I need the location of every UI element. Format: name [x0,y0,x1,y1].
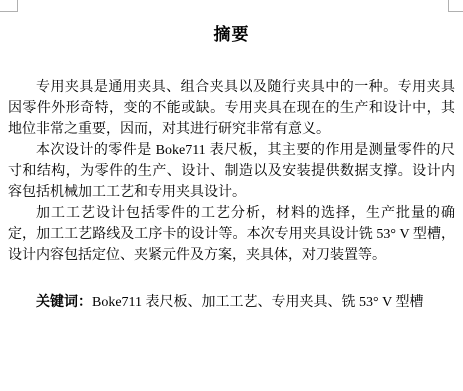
text-boundary-mark-top-left-vertical [17,0,18,12]
abstract-paragraph-2: 本次设计的零件是 Boke711 表尺板，其主要的作用是测量零件的尺寸和结构，为… [8,140,455,203]
document-page: 摘要 专用夹具是通用夹具、组合夹具以及随行夹具中的一种。专用夹具因零件外形奇特，… [0,0,463,391]
keywords-text: Boke711 表尺板、加工工艺、专用夹具、铣 53° V 型槽 [92,295,424,310]
abstract-paragraph-3: 加工工艺设计包括零件的工艺分析，材料的选择，生产批量的确定，加工工艺路线及工序卡… [8,203,455,266]
keywords-line: 关键词：Boke711 表尺板、加工工艺、专用夹具、铣 53° V 型槽 [8,292,455,313]
text-boundary-mark-top-left-horizontal [0,11,17,12]
keywords-label: 关键词： [36,295,92,310]
text-boundary-mark-top-right-horizontal [448,11,463,12]
abstract-title: 摘要 [0,0,463,44]
abstract-body: 专用夹具是通用夹具、组合夹具以及随行夹具中的一种。专用夹具因零件外形奇特，变的不… [8,77,455,313]
text-boundary-mark-top-right-vertical [448,0,449,12]
abstract-paragraph-1: 专用夹具是通用夹具、组合夹具以及随行夹具中的一种。专用夹具因零件外形奇特，变的不… [8,77,455,140]
